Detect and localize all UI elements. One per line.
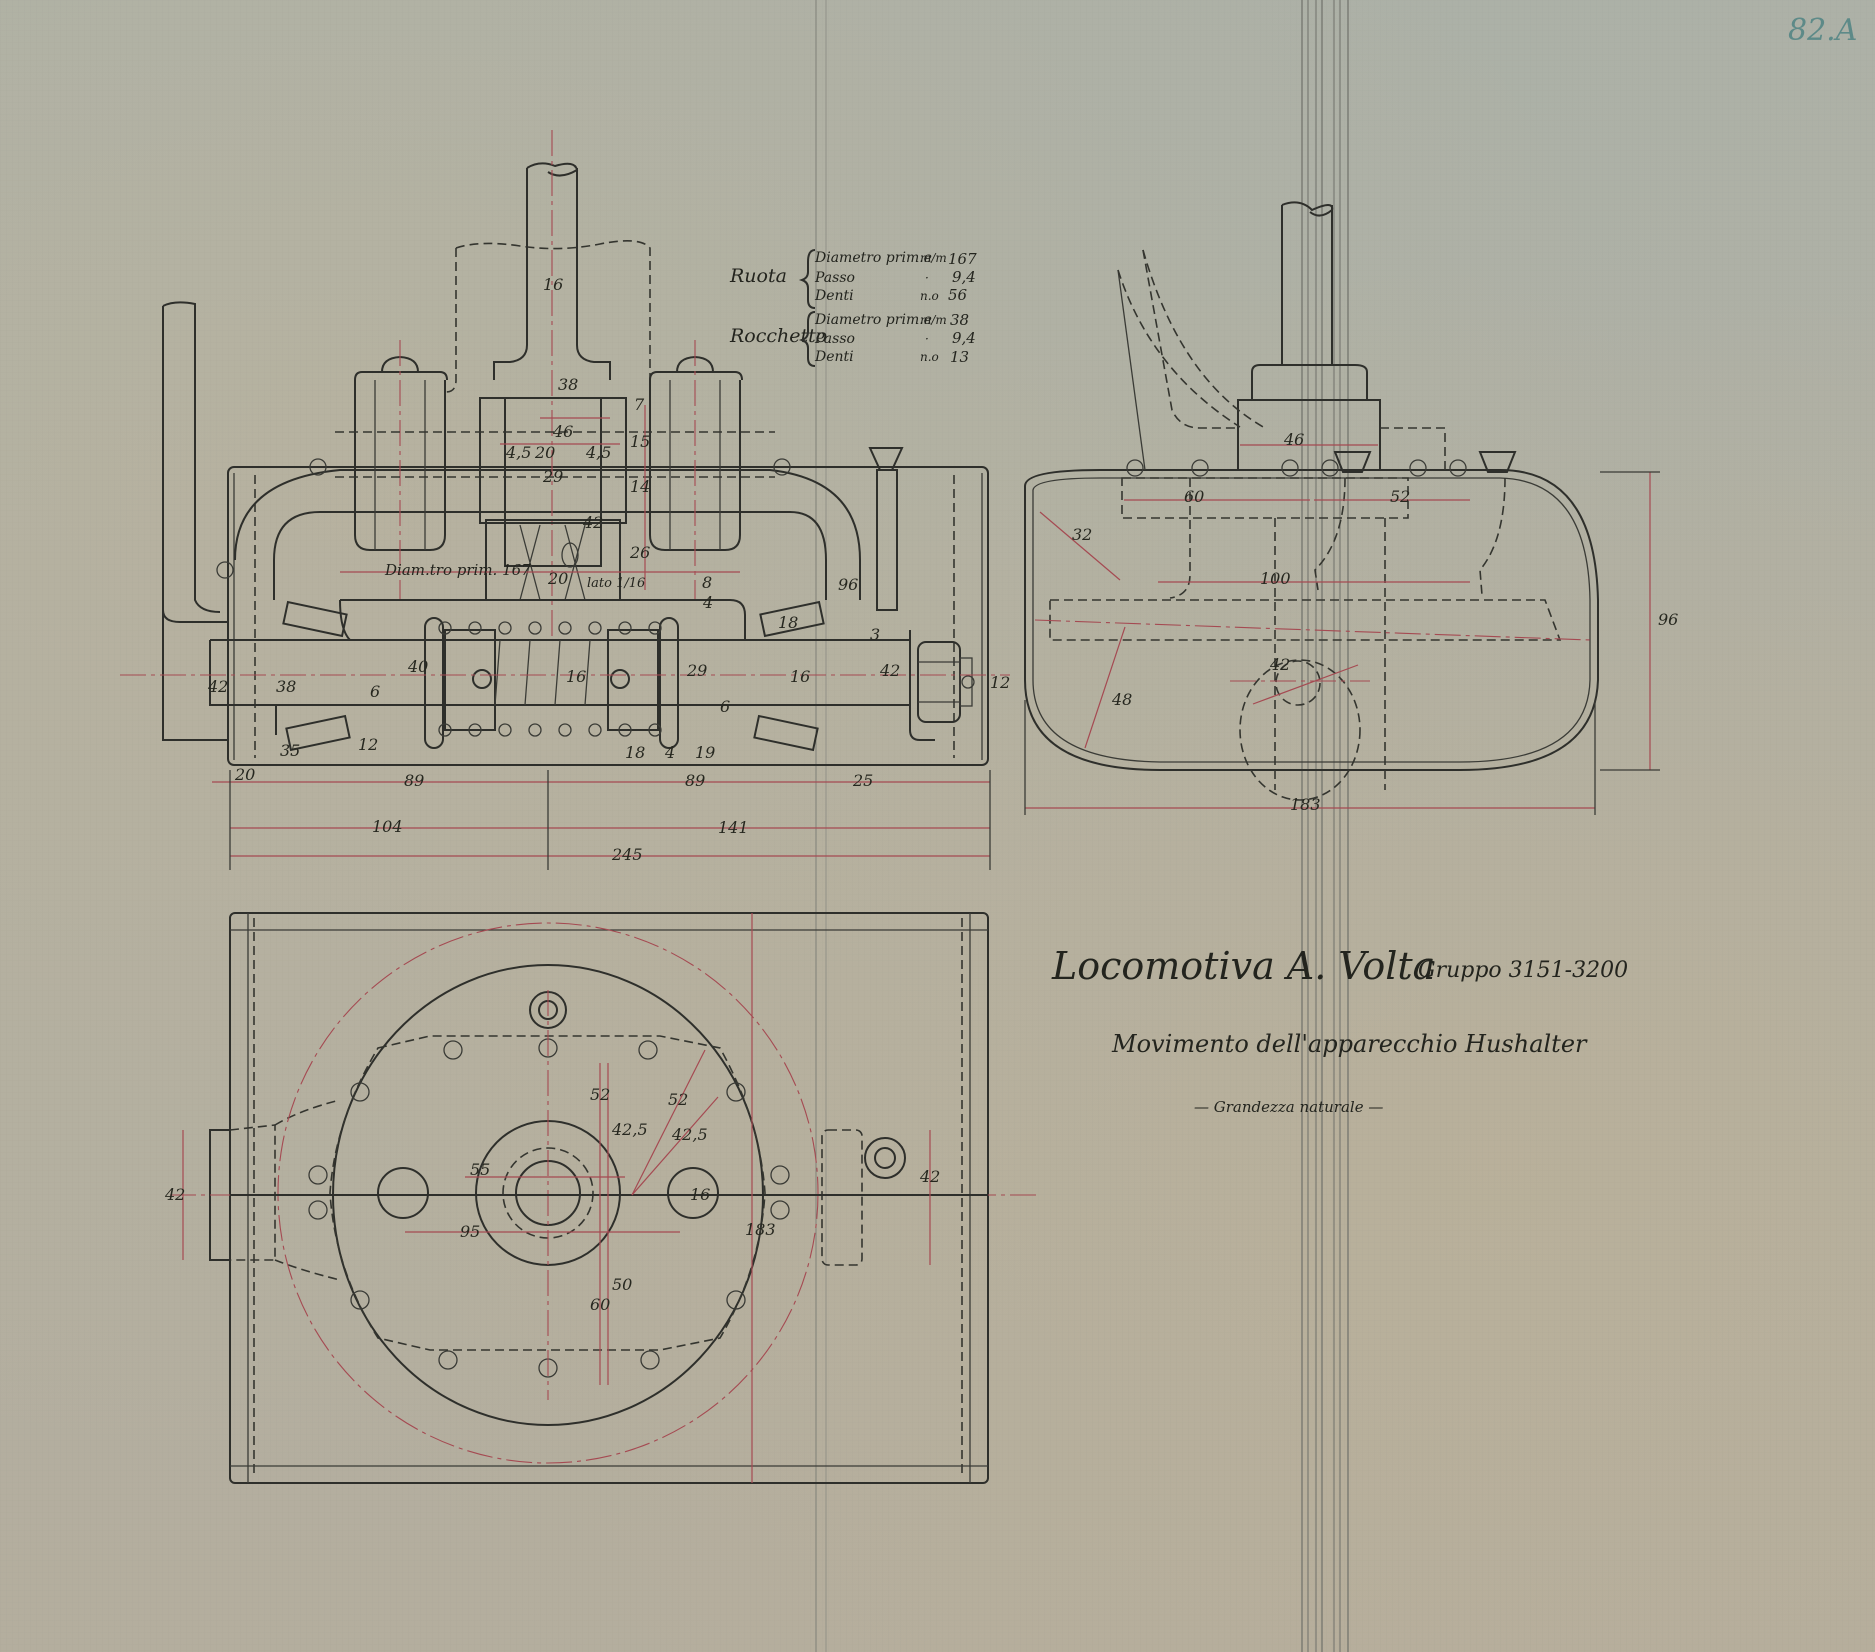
svg-text:Diam.tro prim. 167: Diam.tro prim. 167 (384, 561, 531, 579)
svg-text:9,4: 9,4 (952, 268, 976, 286)
svg-text:n.o: n.o (920, 289, 939, 303)
svg-text:8: 8 (702, 573, 712, 592)
svg-text:4,5: 4,5 (585, 443, 611, 462)
svg-text:55: 55 (470, 1160, 490, 1179)
svg-text:52: 52 (590, 1085, 610, 1104)
title-locomotive: Locomotiva A. Volta (1052, 944, 1435, 988)
svg-text:60: 60 (590, 1295, 610, 1314)
svg-text:32: 32 (1072, 525, 1092, 544)
svg-text:50: 50 (612, 1275, 632, 1294)
svg-text:52: 52 (668, 1090, 688, 1109)
svg-text:104: 104 (372, 817, 403, 836)
svg-text:12: 12 (358, 735, 378, 754)
svg-text:183: 183 (745, 1220, 776, 1239)
reference-number: 82.A (1788, 13, 1857, 48)
svg-text:3: 3 (870, 625, 880, 644)
ruota-label: Ruota (729, 265, 787, 287)
svg-text:16: 16 (543, 275, 563, 294)
svg-text:4: 4 (702, 593, 713, 612)
svg-text:4: 4 (664, 743, 675, 762)
svg-text:12: 12 (990, 673, 1010, 692)
svg-text:42: 42 (207, 677, 228, 696)
svg-text:89: 89 (404, 771, 424, 790)
svg-text:38: 38 (276, 677, 296, 696)
svg-text:245: 245 (611, 845, 643, 864)
svg-text:20: 20 (547, 569, 568, 588)
svg-text:lato 1/16: lato 1/16 (587, 576, 645, 591)
svg-text:183: 183 (1290, 795, 1321, 814)
svg-text:m/m: m/m (920, 251, 947, 265)
svg-text:167: 167 (948, 250, 977, 268)
title-group: Gruppo 3151-3200 (1418, 958, 1628, 983)
svg-text:25: 25 (852, 771, 873, 790)
svg-text:15: 15 (630, 432, 650, 451)
svg-text:42: 42 (164, 1185, 185, 1204)
svg-text:46: 46 (552, 422, 573, 441)
svg-text:16: 16 (690, 1185, 710, 1204)
svg-text:19: 19 (695, 743, 715, 762)
svg-text:38: 38 (558, 375, 578, 394)
svg-text:Passo: Passo (814, 331, 855, 347)
svg-text:Diametro prim.e: Diametro prim.e (814, 312, 932, 328)
paper-grid (0, 0, 1875, 1652)
svg-text:42,5: 42,5 (671, 1125, 708, 1144)
svg-text:20: 20 (234, 765, 255, 784)
svg-text:29: 29 (686, 661, 707, 680)
svg-text:42: 42 (1269, 655, 1290, 674)
svg-text:96: 96 (838, 575, 858, 594)
svg-text:40: 40 (407, 657, 428, 676)
svg-text:42: 42 (582, 513, 603, 532)
svg-text:96: 96 (1658, 610, 1678, 629)
svg-text:6: 6 (720, 697, 730, 716)
svg-text:Diametro prim.e: Diametro prim.e (814, 250, 932, 266)
svg-text:Passo: Passo (814, 270, 855, 286)
svg-text:16: 16 (790, 667, 810, 686)
technical-drawing: 82.A (0, 0, 1875, 1652)
svg-text:52: 52 (1390, 487, 1410, 506)
blueprint-sheet: 82.A (0, 0, 1875, 1652)
svg-text:38: 38 (950, 311, 969, 329)
svg-text:18: 18 (778, 613, 798, 632)
svg-text:14: 14 (630, 477, 650, 496)
svg-text:42: 42 (919, 1167, 940, 1186)
rocchetto-label: Rocchetto (729, 325, 827, 347)
svg-text:7: 7 (634, 395, 645, 414)
svg-text:95: 95 (460, 1222, 480, 1241)
svg-text:Denti: Denti (814, 288, 854, 304)
svg-text:56: 56 (948, 286, 968, 304)
svg-text:n.o: n.o (920, 350, 939, 364)
svg-text:m/m: m/m (920, 313, 947, 327)
svg-text:16: 16 (566, 667, 586, 686)
svg-text:20: 20 (534, 443, 555, 462)
svg-text:Denti: Denti (814, 349, 854, 365)
svg-text:42,5: 42,5 (611, 1120, 648, 1139)
svg-text:·: · (925, 332, 929, 346)
svg-text:48: 48 (1111, 690, 1132, 709)
svg-text:60: 60 (1184, 487, 1204, 506)
svg-text:6: 6 (370, 682, 380, 701)
svg-text:35: 35 (280, 741, 300, 760)
svg-text:18: 18 (625, 743, 645, 762)
title-scale: — Grandezza naturale — (1194, 1098, 1383, 1116)
svg-text:89: 89 (685, 771, 705, 790)
svg-text:9,4: 9,4 (952, 329, 976, 347)
svg-text:141: 141 (718, 818, 749, 837)
svg-text:42: 42 (879, 661, 900, 680)
svg-text:4,5: 4,5 (505, 443, 531, 462)
svg-text:29: 29 (542, 467, 563, 486)
svg-text:26: 26 (629, 543, 650, 562)
title-subtitle: Movimento dell'apparecchio Hushalter (1112, 1030, 1587, 1058)
svg-text:13: 13 (950, 348, 969, 366)
svg-text:46: 46 (1283, 430, 1304, 449)
svg-text:·: · (925, 271, 929, 285)
svg-text:100: 100 (1260, 569, 1291, 588)
